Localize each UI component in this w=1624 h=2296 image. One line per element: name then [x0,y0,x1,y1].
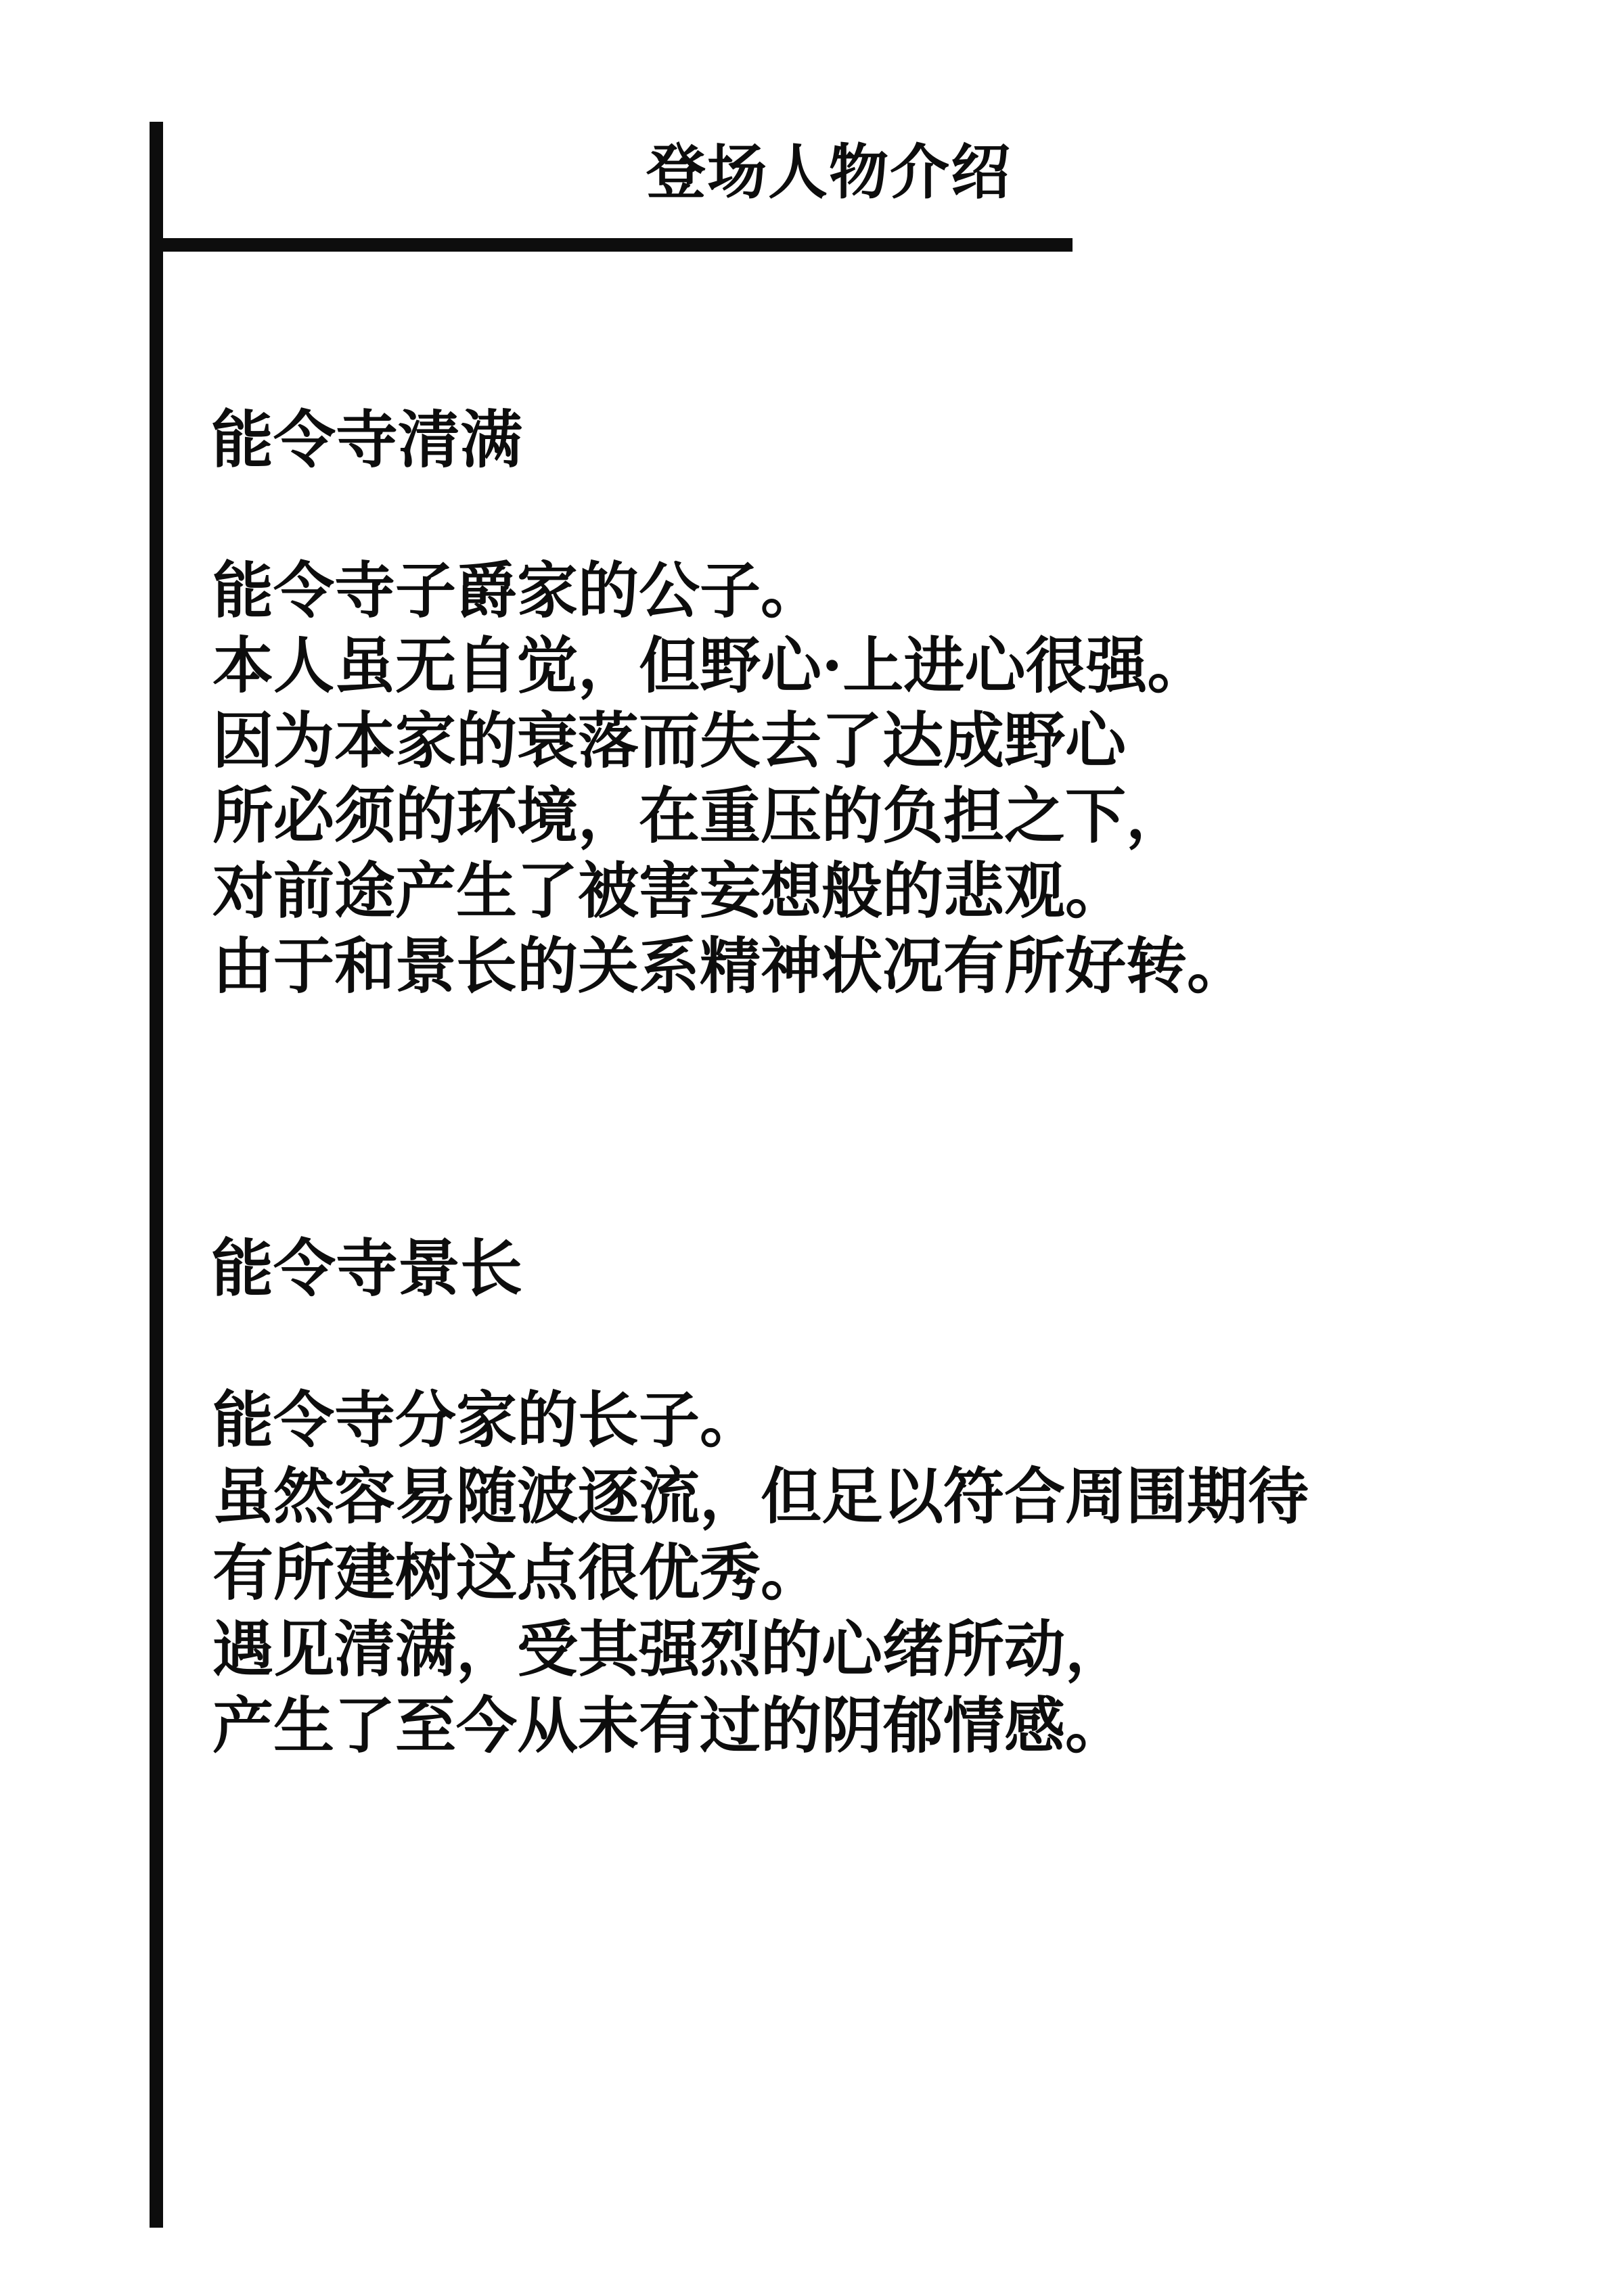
character-name: 能令寺清满 [211,403,522,477]
description-line: 遇见清满，受其强烈的心绪所动， [212,1611,1309,1688]
description-line: 因为本家的衰落而失去了达成野心 [212,704,1248,779]
character-description: 能令寺子爵家的公子。 本人虽无自觉，但野心·上进心很强。 因为本家的衰落而失去了… [212,553,1248,1004]
description-line: 所必须的环境，在重压的负担之下， [212,779,1248,854]
description-line: 虽然容易随波逐流，但足以符合周围期待 [212,1459,1309,1535]
description-line: 有所建树这点很优秀。 [212,1535,1309,1611]
description-line: 能令寺子爵家的公子。 [212,553,1248,628]
title-underline-rule [163,238,1073,252]
description-line: 能令寺分家的长子。 [212,1382,1309,1459]
description-line: 产生了至今从未有过的阴郁情感。 [212,1688,1309,1764]
character-description: 能令寺分家的长子。 虽然容易随波逐流，但足以符合周围期待 有所建树这点很优秀。 … [212,1382,1309,1764]
description-line: 本人虽无自觉，但野心·上进心很强。 [212,628,1248,704]
description-line: 由于和景长的关系精神状况有所好转。 [212,929,1248,1004]
left-vertical-rule [150,122,163,2228]
description-line: 对前途产生了被害妄想般的悲观。 [212,854,1248,929]
page-title: 登场人物介绍 [646,134,1025,210]
character-name: 能令寺景长 [211,1231,522,1306]
